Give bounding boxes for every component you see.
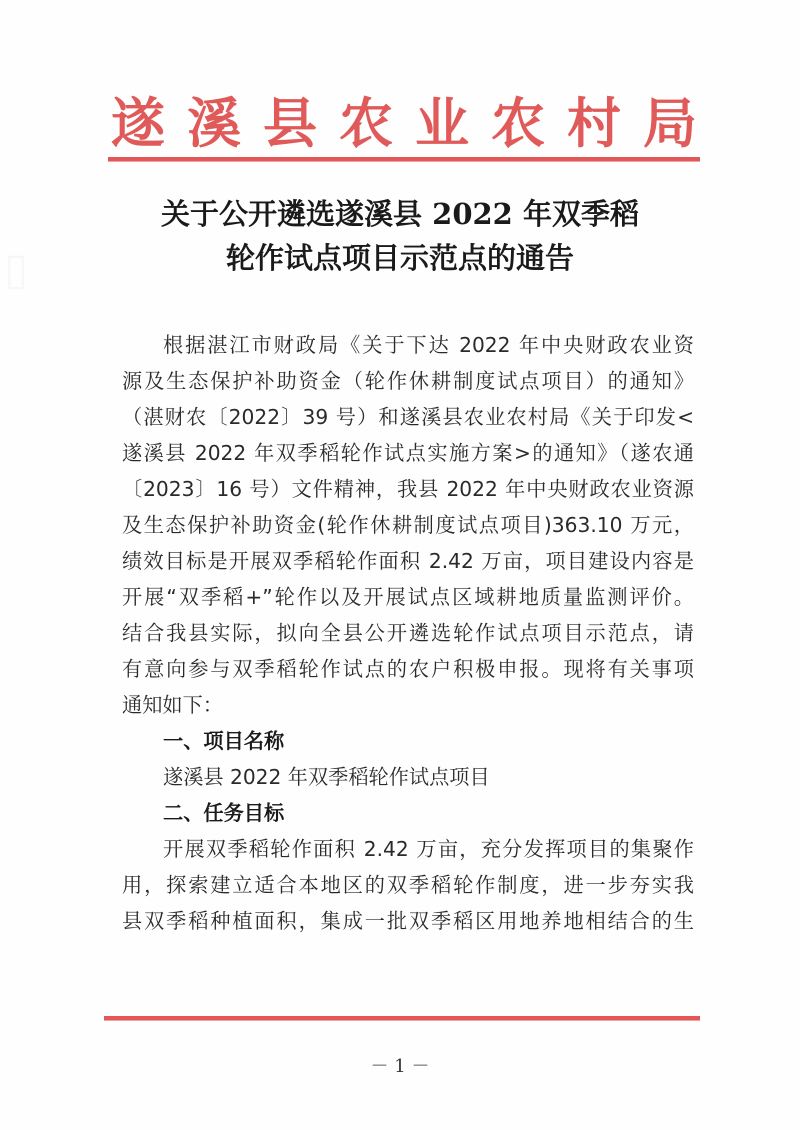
letterhead-char: 溪 <box>184 81 244 158</box>
body-line: 用，探索建立适合本地区的双季稻轮作制度，进一步夯实我 <box>122 867 694 903</box>
letterhead-char: 农 <box>488 81 548 158</box>
body-line: 绩效目标是开展双季稻轮作面积 2.42 万亩，项目建设内容是 <box>122 543 694 579</box>
letterhead-char: 农 <box>336 81 396 158</box>
title-line-2: 轮作试点项目示范点的通告 <box>100 236 700 280</box>
footer-divider <box>104 1016 700 1021</box>
body-line: 通知如下： <box>122 687 694 723</box>
body-line: 县双季稻种植面积，集成一批双季稻区用地养地相结合的生 <box>122 903 694 939</box>
header-divider <box>108 157 700 162</box>
section-heading-project-name: 一、项目名称 <box>122 723 694 759</box>
letterhead-char: 村 <box>564 81 624 158</box>
body-line: 有意向参与双季稻轮作试点的农户积极申报。现将有关事项 <box>122 651 694 687</box>
section-heading-task-goal: 二、任务目标 <box>122 795 694 831</box>
body-line: 及生态保护补助资金(轮作休耕制度试点项目)363.10 万元， <box>122 507 694 543</box>
body-line: 结合我县实际，拟向全县公开遴选轮作试点项目示范点，请 <box>122 615 694 651</box>
body-line: （湛财农〔2022〕39 号）和遂溪县农业农村局《关于印发< <box>122 399 694 435</box>
document-title: 关于公开遴选遂溪县 2022 年双季稻 轮作试点项目示范点的通告 <box>100 192 700 280</box>
body-line: 根据湛江市财政局《关于下达 2022 年中央财政农业资 <box>122 327 694 363</box>
org-letterhead: 遂 溪 县 农 业 农 村 局 <box>108 84 700 154</box>
body-line: 开展“双季稻+”轮作以及开展试点区域耕地质量监测评价。 <box>122 579 694 615</box>
body-line: 开展双季稻轮作面积 2.42 万亩，充分发挥项目的集聚作 <box>122 831 694 867</box>
title-line-1: 关于公开遴选遂溪县 2022 年双季稻 <box>100 192 700 236</box>
letterhead-char: 遂 <box>108 81 168 158</box>
document-body: 根据湛江市财政局《关于下达 2022 年中央财政农业资 源及生态保护补助资金（轮… <box>122 327 694 939</box>
body-line: 遂溪县 2022 年双季稻轮作试点实施方案>的通知》（遂农通 <box>122 435 694 471</box>
letterhead-char: 局 <box>640 81 700 158</box>
section-text-project-name: 遂溪县 2022 年双季稻轮作试点项目 <box>122 759 694 795</box>
body-line: 〔2023〕16 号）文件精神，我县 2022 年中央财政农业资源 <box>122 471 694 507</box>
letterhead-char: 业 <box>412 81 472 158</box>
letterhead-char: 县 <box>260 81 320 158</box>
page-number: － 1 － <box>350 1052 450 1078</box>
document-page: ▯ 遂 溪 县 农 业 农 村 局 关于公开遴选遂溪县 2022 年双季稻 轮作… <box>0 0 800 1130</box>
body-line: 源及生态保护补助资金（轮作休耕制度试点项目）的通知》 <box>122 363 694 399</box>
scan-watermark: ▯ <box>4 240 52 300</box>
